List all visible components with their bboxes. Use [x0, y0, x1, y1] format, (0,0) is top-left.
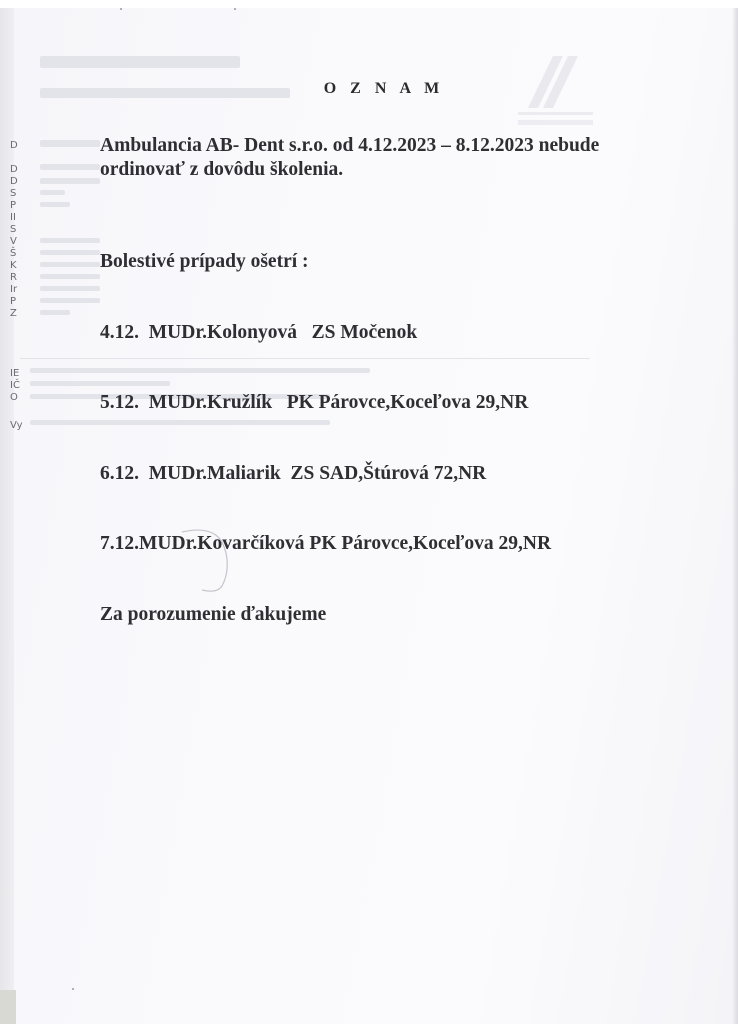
scan-speck	[120, 8, 122, 10]
scan-corner	[0, 990, 16, 1024]
schedule-row: 6.12. MUDr.Maliarik ZS SAD,Štúrová 72,NR	[100, 462, 660, 486]
edge-letter: Z	[10, 306, 17, 322]
scan-speck	[234, 8, 236, 10]
paper-crease-mark	[170, 520, 240, 595]
announcement-line: Ambulancia AB- Dent s.r.o. od 4.12.2023 …	[100, 134, 660, 158]
edge-letter: D	[10, 138, 18, 154]
notice-title: O Z N A M	[0, 80, 738, 98]
closing-line: Za porozumenie ďakujeme	[100, 603, 660, 627]
schedule-row: 4.12. MUDr.Kolonyová ZS Močenok	[100, 321, 660, 345]
page-edge-shadow	[732, 8, 738, 1024]
scan-speck	[72, 988, 74, 990]
announcement-line: ordinovať z dovôdu školenia.	[100, 158, 660, 182]
schedule-row: 5.12. MUDr.Kružlík PK Párovce,Koceľova 2…	[100, 391, 660, 415]
edge-letter: Vy	[10, 418, 23, 434]
edge-letter: O	[10, 390, 18, 406]
announcement-paragraph: Ambulancia AB- Dent s.r.o. od 4.12.2023 …	[100, 134, 660, 182]
emergency-heading: Bolestivé prípady ošetrí :	[100, 250, 660, 274]
